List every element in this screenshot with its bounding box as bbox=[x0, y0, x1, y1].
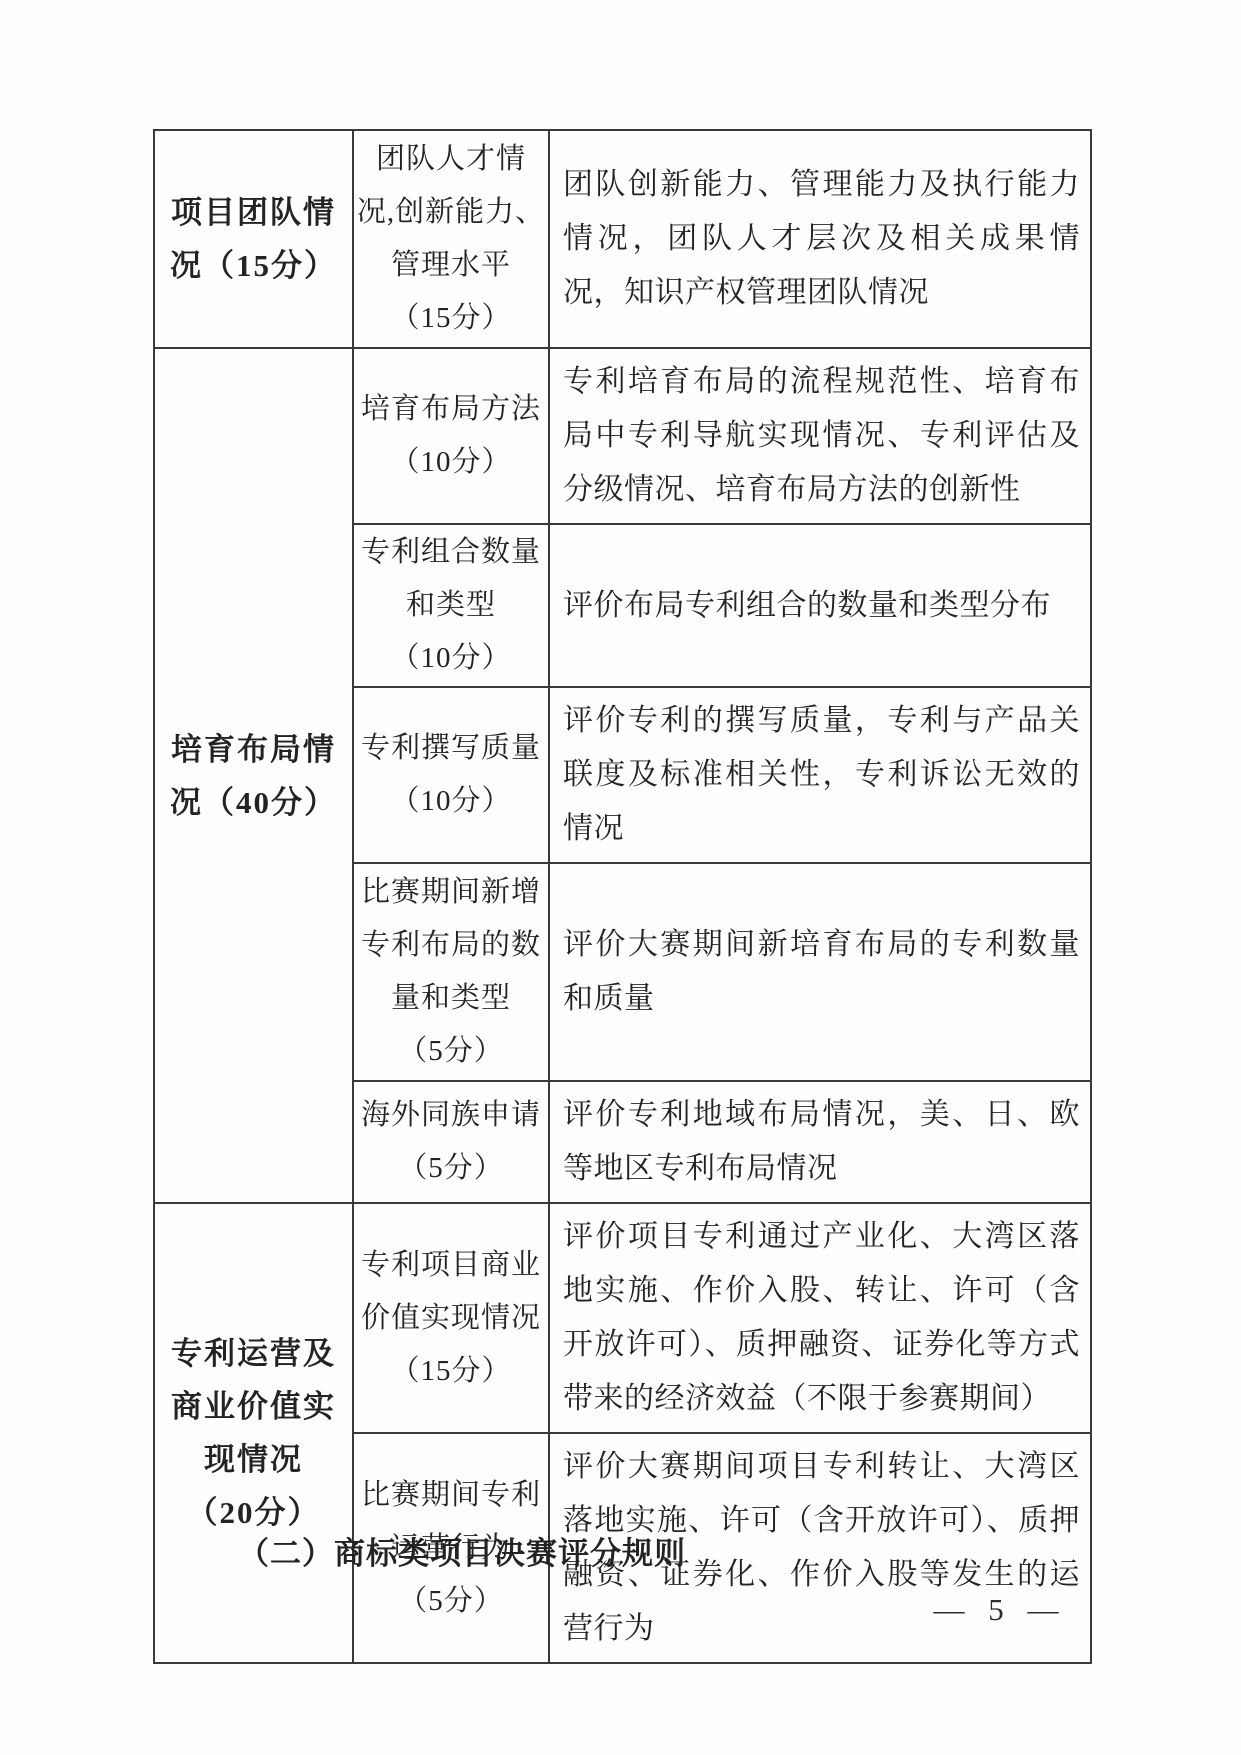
description-cell-portfolio-quantity: 评价布局专利组合的数量和类型分布 bbox=[549, 524, 1091, 687]
criterion-cell-portfolio-quantity: 专利组合数量 和类型 （10分） bbox=[353, 524, 549, 687]
description-cell-team-talent: 团队创新能力、管理能力及执行能力情况，团队人才层次及相关成果情况，知识产权管理团… bbox=[549, 130, 1091, 348]
description-cell-drafting-quality: 评价专利的撰写质量，专利与产品关联度及标准相关性，专利诉讼无效的情况 bbox=[549, 687, 1091, 863]
section-cell-cultivation-layout: 培育布局情 况（40分） bbox=[154, 348, 353, 1203]
description-cell-commercial-value: 评价项目专利通过产业化、大湾区落地实施、作价入股、转让、许可（含开放许可）、质押… bbox=[549, 1203, 1091, 1433]
description-cell-new-patents-during-contest: 评价大赛期间新培育布局的专利数量和质量 bbox=[549, 863, 1091, 1081]
section-cell-project-team: 项目团队情 况（15分） bbox=[154, 130, 353, 348]
criterion-cell-overseas-family: 海外同族申请 （5分） bbox=[353, 1081, 549, 1203]
description-cell-overseas-family: 评价专利地域布局情况，美、日、欧等地区专利布局情况 bbox=[549, 1081, 1091, 1203]
trademark-rules-sub-heading: （二）商标类项目决赛评分规则 bbox=[238, 1528, 686, 1573]
criterion-cell-new-patents-during-contest: 比赛期间新增 专利布局的数 量和类型 （5分） bbox=[353, 863, 549, 1081]
criterion-cell-drafting-quality: 专利撰写质量 （10分） bbox=[353, 687, 549, 863]
scoring-rules-table: 项目团队情 况（15分） 团队人才情 况,创新能力、 管理水平 （15分） 团队… bbox=[153, 129, 1092, 1664]
criterion-cell-team-talent: 团队人才情 况,创新能力、 管理水平 （15分） bbox=[353, 130, 549, 348]
criterion-cell-layout-method: 培育布局方法 （10分） bbox=[353, 348, 549, 524]
section-cell-patent-operation: 专利运营及 商业价值实 现情况 （20分） bbox=[154, 1203, 353, 1663]
page-number: — 5 — bbox=[900, 1592, 1100, 1628]
document-page: 项目团队情 况（15分） 团队人才情 况,创新能力、 管理水平 （15分） 团队… bbox=[0, 0, 1241, 1755]
criterion-cell-commercial-value: 专利项目商业 价值实现情况 （15分） bbox=[353, 1203, 549, 1433]
description-cell-layout-method: 专利培育布局的流程规范性、培育布局中专利导航实现情况、专利评估及分级情况、培育布… bbox=[549, 348, 1091, 524]
